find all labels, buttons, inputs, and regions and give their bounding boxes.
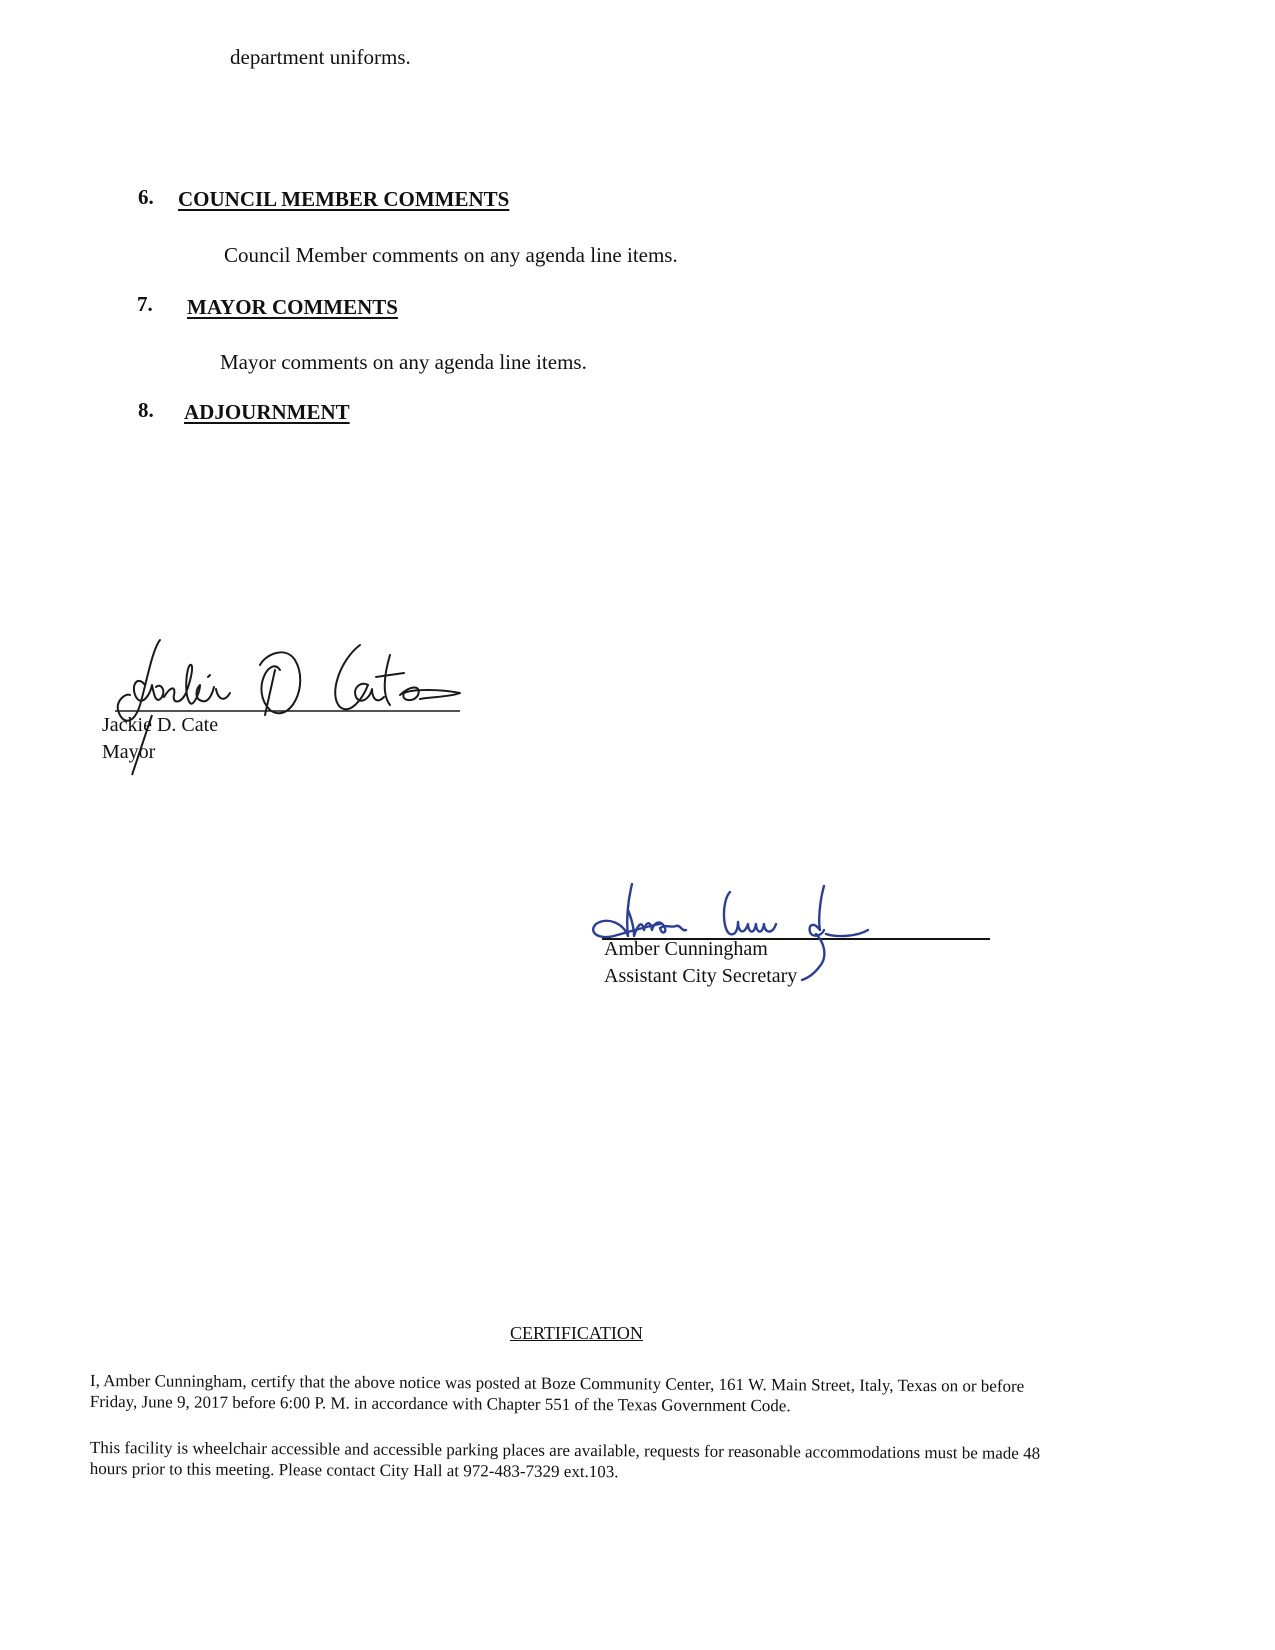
section-6-heading: COUNCIL MEMBER COMMENTS — [178, 187, 509, 212]
section-8-heading: ADJOURNMENT — [184, 400, 350, 425]
section-6-number: 6. — [138, 185, 154, 210]
secretary-title: Assistant City Secretary — [604, 965, 797, 988]
certification-title: CERTIFICATION — [510, 1323, 643, 1344]
section-7-body: Mayor comments on any agenda line items. — [220, 350, 587, 375]
continuation-text: department uniforms. — [230, 45, 411, 70]
mayor-title: Mayor — [102, 741, 155, 764]
section-7-number: 7. — [137, 292, 153, 317]
certification-statement: I, Amber Cunningham, certify that the ab… — [90, 1370, 1070, 1418]
section-8-number: 8. — [138, 398, 154, 423]
mayor-name: Jackie D. Cate — [102, 714, 218, 737]
accessibility-notice: This facility is wheelchair accessible a… — [90, 1437, 1070, 1485]
mayor-signature-icon — [100, 615, 500, 775]
section-7-heading: MAYOR COMMENTS — [187, 295, 398, 320]
secretary-name: Amber Cunningham — [604, 938, 768, 961]
section-6-body: Council Member comments on any agenda li… — [224, 243, 678, 268]
